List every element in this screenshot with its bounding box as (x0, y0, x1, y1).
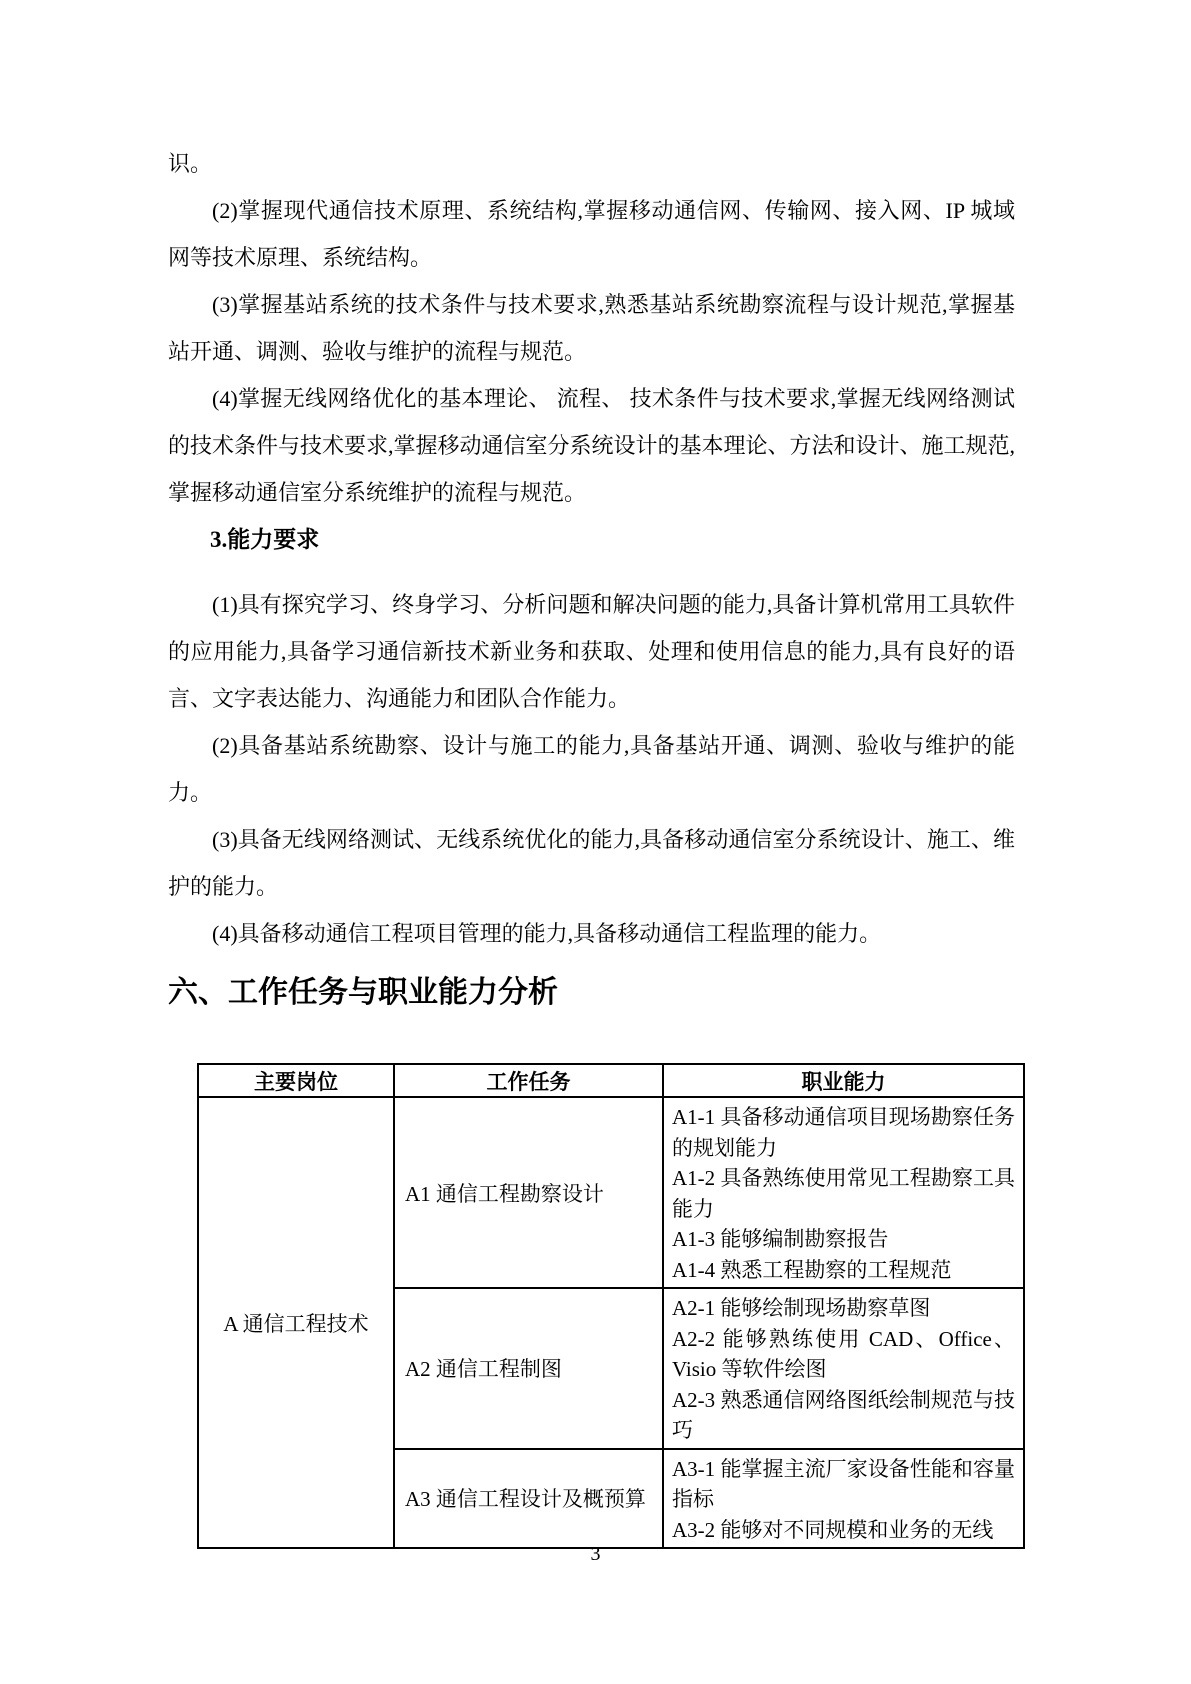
ability-item-4: (4)具备移动通信工程项目管理的能力,具备移动通信工程监理的能力。 (168, 910, 1015, 957)
ability-line: A1-1 具备移动通信项目现场勘察任务的规划能力 (672, 1102, 1015, 1163)
task-cell-a2: A2 通信工程制图 (394, 1288, 663, 1449)
ability-item-1: (1)具有探究学习、终身学习、分析问题和解决问题的能力,具备计算机常用工具软件的… (168, 581, 1015, 722)
ability-item-2: (2)具备基站系统勘察、设计与施工的能力,具备基站开通、调测、验收与维护的能力。 (168, 722, 1015, 816)
knowledge-item-3: (3)掌握基站系统的技术条件与技术要求,熟悉基站系统勘察流程与设计规范,掌握基站… (168, 281, 1015, 375)
task-cell-a3: A3 通信工程设计及概预算 (394, 1449, 663, 1549)
ability-line: A1-4 熟悉工程勘察的工程规范 (672, 1255, 1015, 1286)
tasks-table: 主要岗位 工作任务 职业能力 A 通信工程技术 A1 通信工程勘察设计 A1-1… (197, 1063, 1025, 1549)
ability-line: A2-3 熟悉通信网络图纸绘制规范与技巧 (672, 1385, 1015, 1446)
section-heading: 六、工作任务与职业能力分析 (168, 971, 1015, 1015)
knowledge-item-4: (4)掌握无线网络优化的基本理论、 流程、 技术条件与技术要求,掌握无线网络测试… (168, 375, 1015, 516)
abilities-cell-a1: A1-1 具备移动通信项目现场勘察任务的规划能力 A1-2 具备熟练使用常见工程… (663, 1097, 1024, 1288)
task-cell-a1: A1 通信工程勘察设计 (394, 1097, 663, 1288)
position-cell: A 通信工程技术 (198, 1097, 394, 1548)
page-number: 3 (0, 1543, 1191, 1566)
ability-line: A3-1 能掌握主流厂家设备性能和容量指标 (672, 1454, 1015, 1515)
ability-line: A2-2 能够熟练使用 CAD、Office、Visio 等软件绘图 (672, 1324, 1015, 1385)
table-header-row: 主要岗位 工作任务 职业能力 (198, 1064, 1024, 1097)
ability-line: A1-3 能够编制勘察报告 (672, 1224, 1015, 1255)
ability-item-3: (3)具备无线网络测试、无线系统优化的能力,具备移动通信室分系统设计、施工、维护… (168, 816, 1015, 910)
abilities-cell-a2: A2-1 能够绘制现场勘察草图 A2-2 能够熟练使用 CAD、Office、V… (663, 1288, 1024, 1449)
ability-line: A2-1 能够绘制现场勘察草图 (672, 1293, 1015, 1324)
ability-section-heading: 3.能力要求 (168, 516, 1015, 563)
header-task: 工作任务 (394, 1064, 663, 1097)
document-page: 识。 (2)掌握现代通信技术原理、系统结构,掌握移动通信网、传输网、接入网、IP… (0, 0, 1191, 1684)
ability-line: A3-2 能够对不同规模和业务的无线 (672, 1515, 1015, 1546)
header-position: 主要岗位 (198, 1064, 394, 1097)
table-row-a1: A 通信工程技术 A1 通信工程勘察设计 A1-1 具备移动通信项目现场勘察任务… (198, 1097, 1024, 1288)
header-ability: 职业能力 (663, 1064, 1024, 1097)
ability-line: A1-2 具备熟练使用常见工程勘察工具能力 (672, 1163, 1015, 1224)
continuation-text: 识。 (168, 140, 1015, 187)
knowledge-item-2: (2)掌握现代通信技术原理、系统结构,掌握移动通信网、传输网、接入网、IP 城域… (168, 187, 1015, 281)
abilities-cell-a3: A3-1 能掌握主流厂家设备性能和容量指标 A3-2 能够对不同规模和业务的无线 (663, 1449, 1024, 1549)
